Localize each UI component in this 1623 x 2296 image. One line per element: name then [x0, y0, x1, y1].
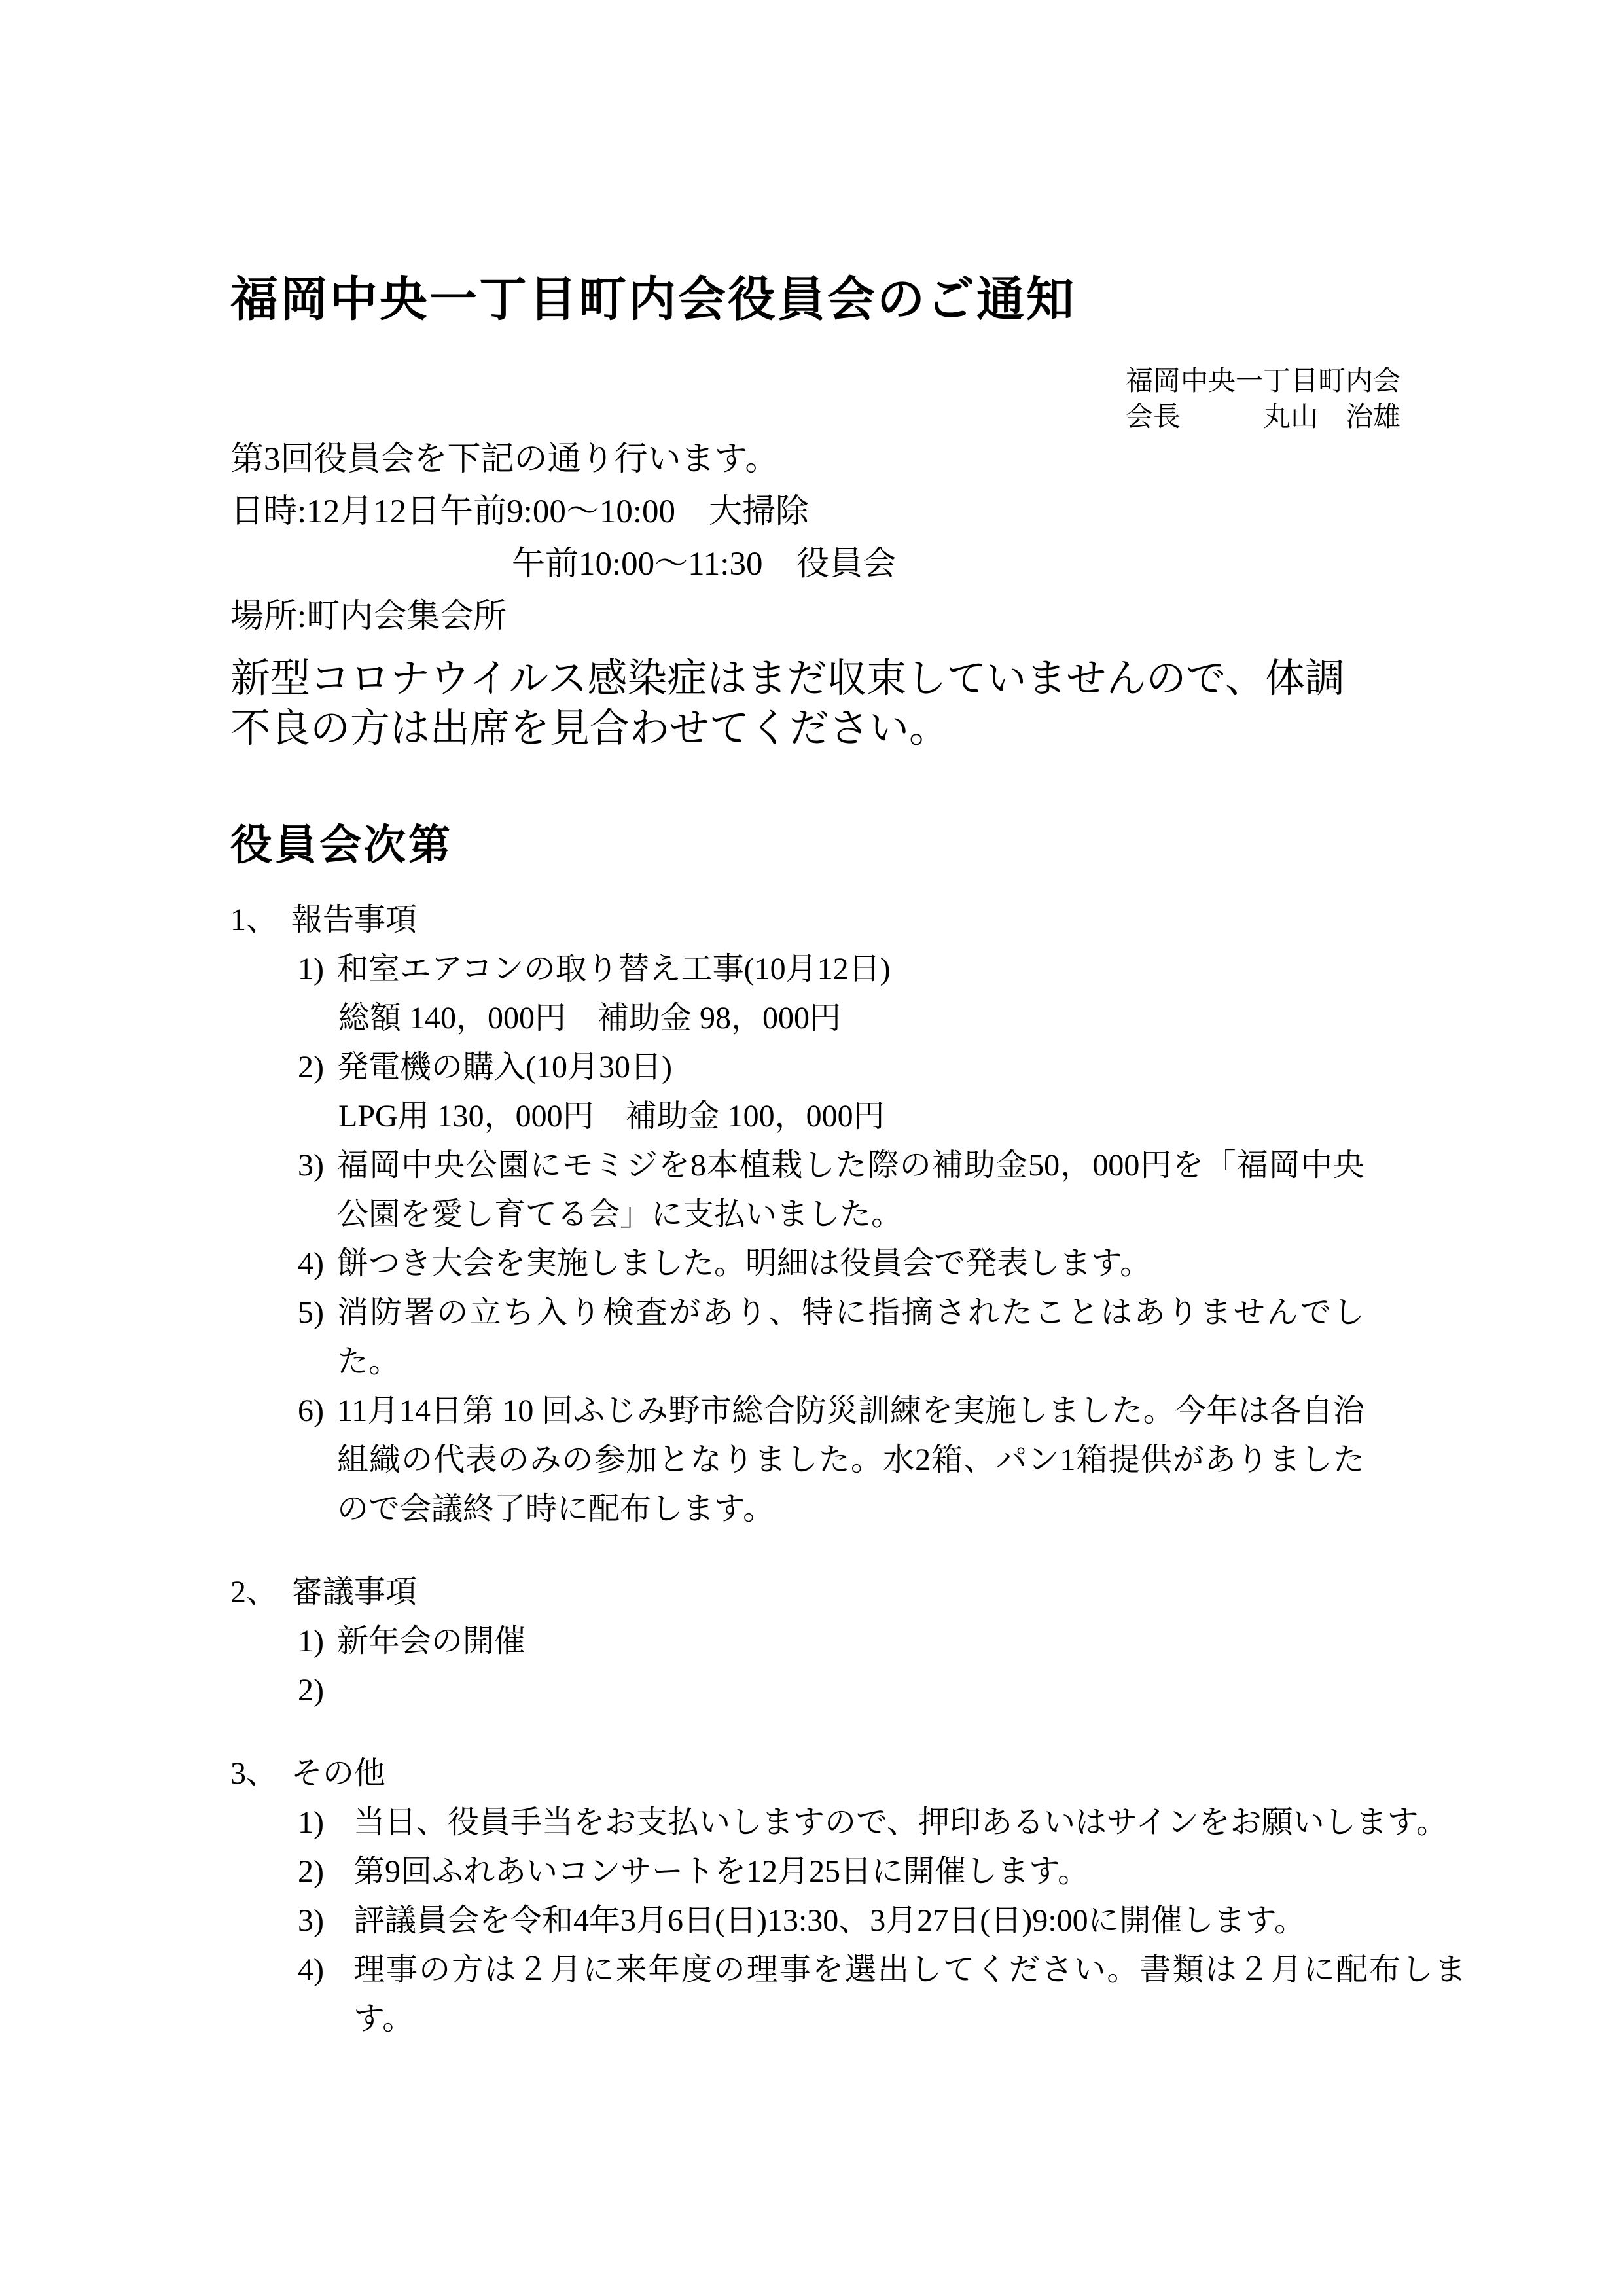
item-marker: 2): [298, 1666, 337, 1715]
deliberation-item-1: 1) 新年会の開催: [230, 1617, 1474, 1666]
item-text: 11月14日第 10 回ふじみ野市総合防災訓練を実施しました。今年は各自治組織の…: [337, 1386, 1364, 1534]
document-page: 福岡中央一丁目町内会役員会のご通知 福岡中央一丁目町内会 会長 丸山 治雄 第3…: [0, 0, 1623, 2296]
item-marker: 2): [298, 1847, 353, 1896]
item-marker: 1): [298, 944, 337, 994]
item-marker: 6): [298, 1386, 337, 1534]
other-item-1: 1) 当日、役員手当をお支払いしますので、押印あるいはサインをお願いします。: [230, 1798, 1474, 1847]
section-title: 報告事項: [291, 895, 417, 944]
section-number: 3、: [230, 1749, 291, 1798]
section-number: 2、: [230, 1568, 291, 1617]
report-item-5: 5) 消防署の立ち入り検査があり、特に指摘されたことはありませんでした。: [230, 1288, 1474, 1386]
schedule-session2: 午前10:00～11:30 役員会: [230, 538, 896, 590]
deliberation-item-2: 2): [230, 1666, 1474, 1715]
item-text: 第9回ふれあいコンサートを12月25日に開催します。: [353, 1847, 1089, 1896]
section-heading: 1、 報告事項: [230, 895, 1474, 944]
report-item-2-detail: LPG用 130，000円 補助金 100，000円: [230, 1092, 1474, 1141]
report-item-1: 1) 和室エアコンの取り替え工事(10月12日): [230, 944, 1474, 994]
meeting-info: 第3回役員会を下記の通り行います。 日時:12月12日午前9:00～10:00 …: [230, 433, 896, 643]
item-text: 当日、役員手当をお支払いしますので、押印あるいはサインをお願いします。: [353, 1798, 1448, 1847]
other-item-4: 4) 理事の方は２月に来年度の理事を選出してください。書類は２月に配布します。: [230, 1945, 1474, 2043]
agenda-heading: 役員会次第: [230, 812, 453, 872]
agenda-section-deliberation: 2、 審議事項 1) 新年会の開催 2): [230, 1568, 1474, 1715]
page-title: 福岡中央一丁目町内会役員会のご通知: [230, 260, 1076, 329]
item-marker: 1): [298, 1798, 353, 1847]
agenda: 1、 報告事項 1) 和室エアコンの取り替え工事(10月12日) 総額 140，…: [230, 895, 1474, 2043]
report-item-6: 6) 11月14日第 10 回ふじみ野市総合防災訓練を実施しました。今年は各自治…: [230, 1386, 1474, 1534]
item-text: 餅つき大会を実施しました。明細は役員会で発表します。: [337, 1239, 1151, 1288]
item-marker: 3): [298, 1896, 353, 1945]
report-item-4: 4) 餅つき大会を実施しました。明細は役員会で発表します。: [230, 1239, 1474, 1288]
item-text: 新年会の開催: [337, 1617, 526, 1666]
item-marker: 1): [298, 1617, 337, 1666]
item-marker: 4): [298, 1945, 353, 2043]
schedule-place: 場所:町内会集会所: [230, 590, 896, 643]
report-item-3: 3) 福岡中央公園にモミジを8本植栽した際の補助金50，000円を「福岡中央公園…: [230, 1141, 1474, 1239]
report-item-2: 2) 発電機の購入(10月30日): [230, 1043, 1474, 1092]
section-heading: 3、 その他: [230, 1749, 1474, 1798]
item-text: 福岡中央公園にモミジを8本植栽した際の補助金50，000円を「福岡中央公園を愛し…: [337, 1141, 1364, 1239]
sender-org: 福岡中央一丁目町内会: [1126, 364, 1400, 400]
item-text: 消防署の立ち入り検査があり、特に指摘されたことはありませんでした。: [337, 1288, 1364, 1386]
item-marker: 4): [298, 1239, 337, 1288]
report-item-1-detail: 総額 140，000円 補助金 98，000円: [230, 994, 1474, 1043]
sender-block: 福岡中央一丁目町内会 会長 丸山 治雄: [1126, 364, 1400, 436]
agenda-section-reports: 1、 報告事項 1) 和室エアコンの取り替え工事(10月12日) 総額 140，…: [230, 895, 1474, 1534]
section-number: 1、: [230, 895, 291, 944]
other-item-2: 2) 第9回ふれあいコンサートを12月25日に開催します。: [230, 1847, 1474, 1896]
covid-notice: 新型コロナウイルス感染症はまだ収束していませんので、体調不良の方は出席を見合わせ…: [230, 655, 1372, 754]
item-marker: 3): [298, 1141, 337, 1239]
section-title: その他: [291, 1749, 385, 1798]
intro-line: 第3回役員会を下記の通り行います。: [230, 433, 896, 486]
item-marker: 2): [298, 1043, 337, 1092]
agenda-section-other: 3、 その他 1) 当日、役員手当をお支払いしますので、押印あるいはサインをお願…: [230, 1749, 1474, 2043]
item-marker: 5): [298, 1288, 337, 1386]
schedule-datetime: 日時:12月12日午前9:00～10:00 大掃除: [230, 486, 896, 538]
item-text: 発電機の購入(10月30日): [337, 1043, 672, 1092]
section-title: 審議事項: [291, 1568, 417, 1617]
item-text: 評議員会を令和4年3月6日(日)13:30、3月27日(日)9:00に開催します…: [353, 1896, 1306, 1945]
item-text: 理事の方は２月に来年度の理事を選出してください。書類は２月に配布します。: [353, 1945, 1466, 2043]
sender-signature: 会長 丸山 治雄: [1126, 400, 1400, 436]
item-text: 和室エアコンの取り替え工事(10月12日): [337, 944, 891, 994]
section-heading: 2、 審議事項: [230, 1568, 1474, 1617]
other-item-3: 3) 評議員会を令和4年3月6日(日)13:30、3月27日(日)9:00に開催…: [230, 1896, 1474, 1945]
